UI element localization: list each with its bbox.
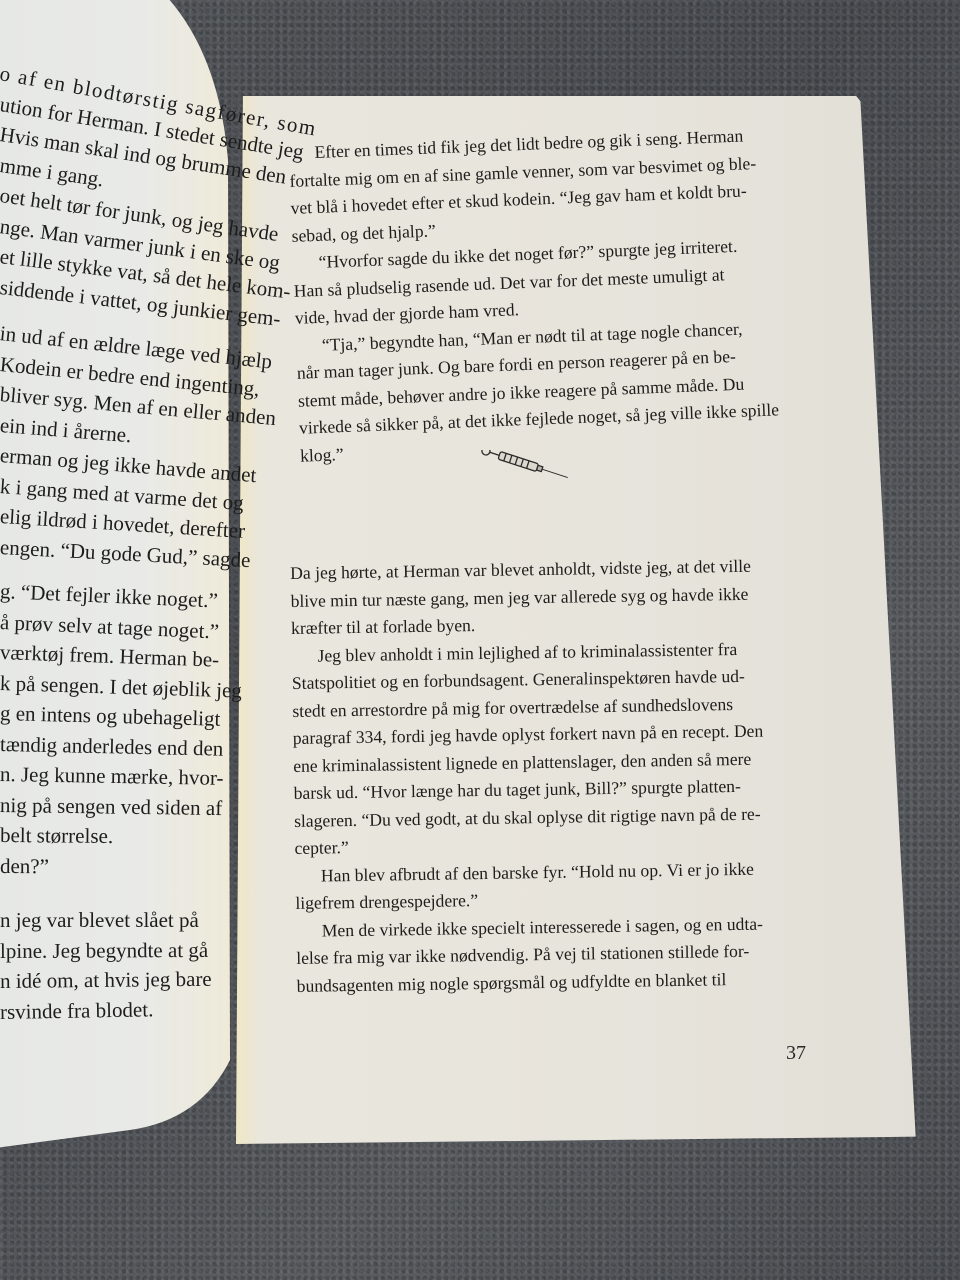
right-page-section-1: Efter en times tid fik jeg det lidt bedr… (288, 120, 820, 470)
left-page-text: o af en blodtørstig sagfører, som ution … (0, 58, 260, 1027)
text-line: rsvinde fra blodet. (0, 992, 260, 1027)
page-number: 37 (786, 1042, 806, 1065)
right-page-section-2: Da jeg hørte, at Herman var blevet anhol… (290, 552, 817, 1000)
text-line: den?” (0, 851, 260, 883)
text-line: n. Jeg kunne mærke, hvor- (0, 759, 260, 794)
text-line: n jeg var blevet slået på (0, 905, 260, 936)
text-line: n idé om, at hvis jeg bare (0, 963, 260, 996)
text-line: nig på sengen ved siden af (0, 790, 260, 824)
line-gap (0, 881, 260, 905)
syringe-icon (470, 450, 580, 490)
text-line: belt størrelse. (0, 820, 260, 853)
text-line: lpine. Jeg begyndte at gå (0, 934, 260, 966)
